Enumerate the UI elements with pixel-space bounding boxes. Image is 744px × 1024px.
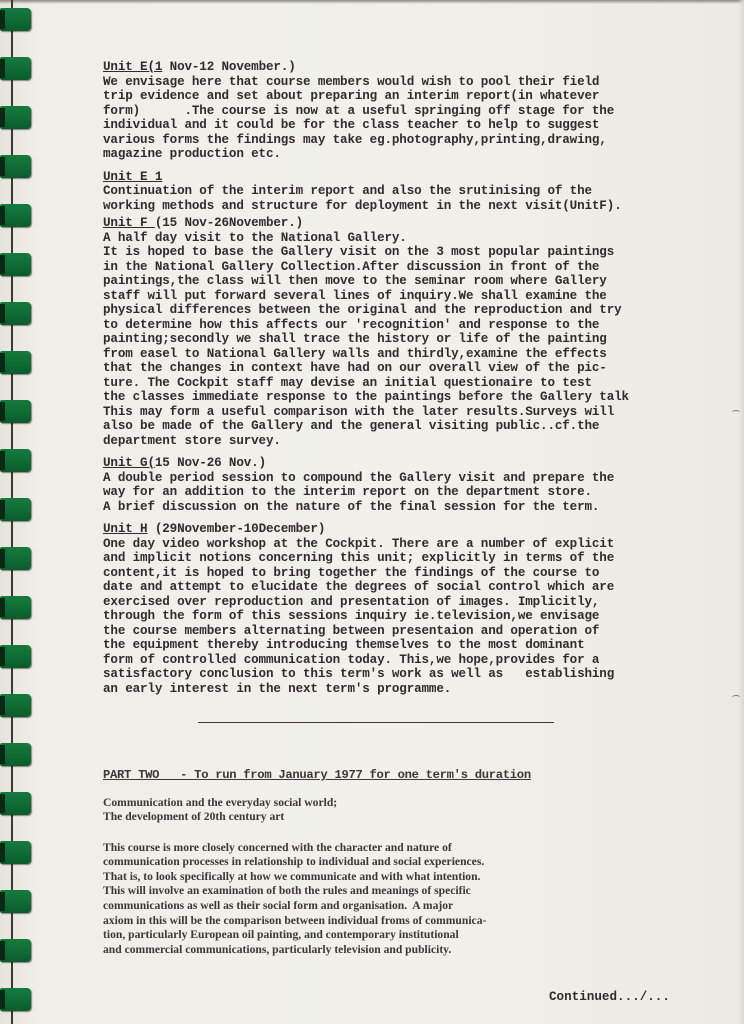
unit-title: Unit F — [103, 216, 155, 230]
binding-ring — [0, 204, 31, 227]
unit-heading: Unit G(15 Nov-26 Nov.) — [103, 456, 723, 471]
unit-f: Unit F (15 Nov-26November.) A half day v… — [103, 216, 723, 448]
document-page: Unit E(1 Nov-12 November.) We envisage h… — [0, 0, 744, 1024]
part-two-body: This course is more closely concerned wi… — [103, 841, 703, 958]
binding-ring — [0, 792, 31, 815]
binding-ring — [0, 939, 31, 962]
binding-ring — [0, 400, 31, 423]
continued-note: Continued.../... — [549, 990, 670, 1004]
unit-dates: (29November-10December) — [147, 522, 325, 536]
unit-heading: Unit F (15 Nov-26November.) — [103, 216, 723, 231]
binding-ring — [0, 155, 31, 178]
unit-h: Unit H (29November-10December) One day v… — [103, 522, 723, 696]
unit-dates: (15 Nov-26November.) — [155, 216, 303, 230]
binding-ring — [0, 547, 31, 570]
unit-title: Unit E 1 — [103, 170, 162, 184]
unit-heading: Unit E(1 Nov-12 November.) — [103, 60, 723, 75]
unit-body: A half day visit to the National Gallery… — [103, 231, 723, 449]
comb-binding — [0, 0, 40, 1024]
unit-body: We envisage here that course members wou… — [103, 75, 723, 162]
unit-dates: 15 Nov-26 Nov.) — [155, 456, 266, 470]
unit-dates: Nov-12 November.) — [162, 60, 295, 74]
unit-body: A double period session to compound the … — [103, 471, 723, 515]
page-edge — [738, 0, 744, 1024]
paper-mark — [732, 695, 740, 700]
binding-ring — [0, 841, 31, 864]
binding-ring — [0, 743, 31, 766]
unit-title: Unit E(1 — [103, 60, 162, 74]
binding-ring — [0, 8, 31, 31]
unit-heading: Unit H (29November-10December) — [103, 522, 723, 537]
binding-ring — [0, 988, 31, 1011]
binding-ring — [0, 302, 31, 325]
binding-ring — [0, 106, 31, 129]
unit-heading: Unit E 1 — [103, 170, 723, 185]
binding-ring — [0, 498, 31, 521]
course-units: Unit E(1 Nov-12 November.) We envisage h… — [103, 60, 723, 696]
unit-title: Unit G( — [103, 456, 155, 470]
binding-ring — [0, 645, 31, 668]
unit-title: Unit H — [103, 522, 147, 536]
part-two-section: PART TWO - To run from January 1977 for … — [103, 767, 703, 957]
unit-e1: Unit E 1 Continuation of the interim rep… — [103, 170, 723, 214]
unit-body: One day video workshop at the Cockpit. T… — [103, 537, 723, 697]
part-two-subtitle: Communication and the everyday social wo… — [103, 796, 703, 824]
binding-ring — [0, 596, 31, 619]
unit-e: Unit E(1 Nov-12 November.) We envisage h… — [103, 60, 723, 162]
paper-mark — [732, 410, 740, 415]
binding-ring — [0, 351, 31, 374]
unit-g: Unit G(15 Nov-26 Nov.) A double period s… — [103, 456, 723, 514]
binding-ring — [0, 57, 31, 80]
part-two-title: PART TWO - To run from January 1977 for … — [103, 768, 531, 782]
binding-ring — [0, 694, 31, 717]
binding-ring — [0, 890, 31, 913]
binding-ring — [0, 449, 31, 472]
section-divider — [198, 722, 554, 723]
binding-ring — [0, 253, 31, 276]
unit-body: Continuation of the interim report and a… — [103, 184, 723, 213]
